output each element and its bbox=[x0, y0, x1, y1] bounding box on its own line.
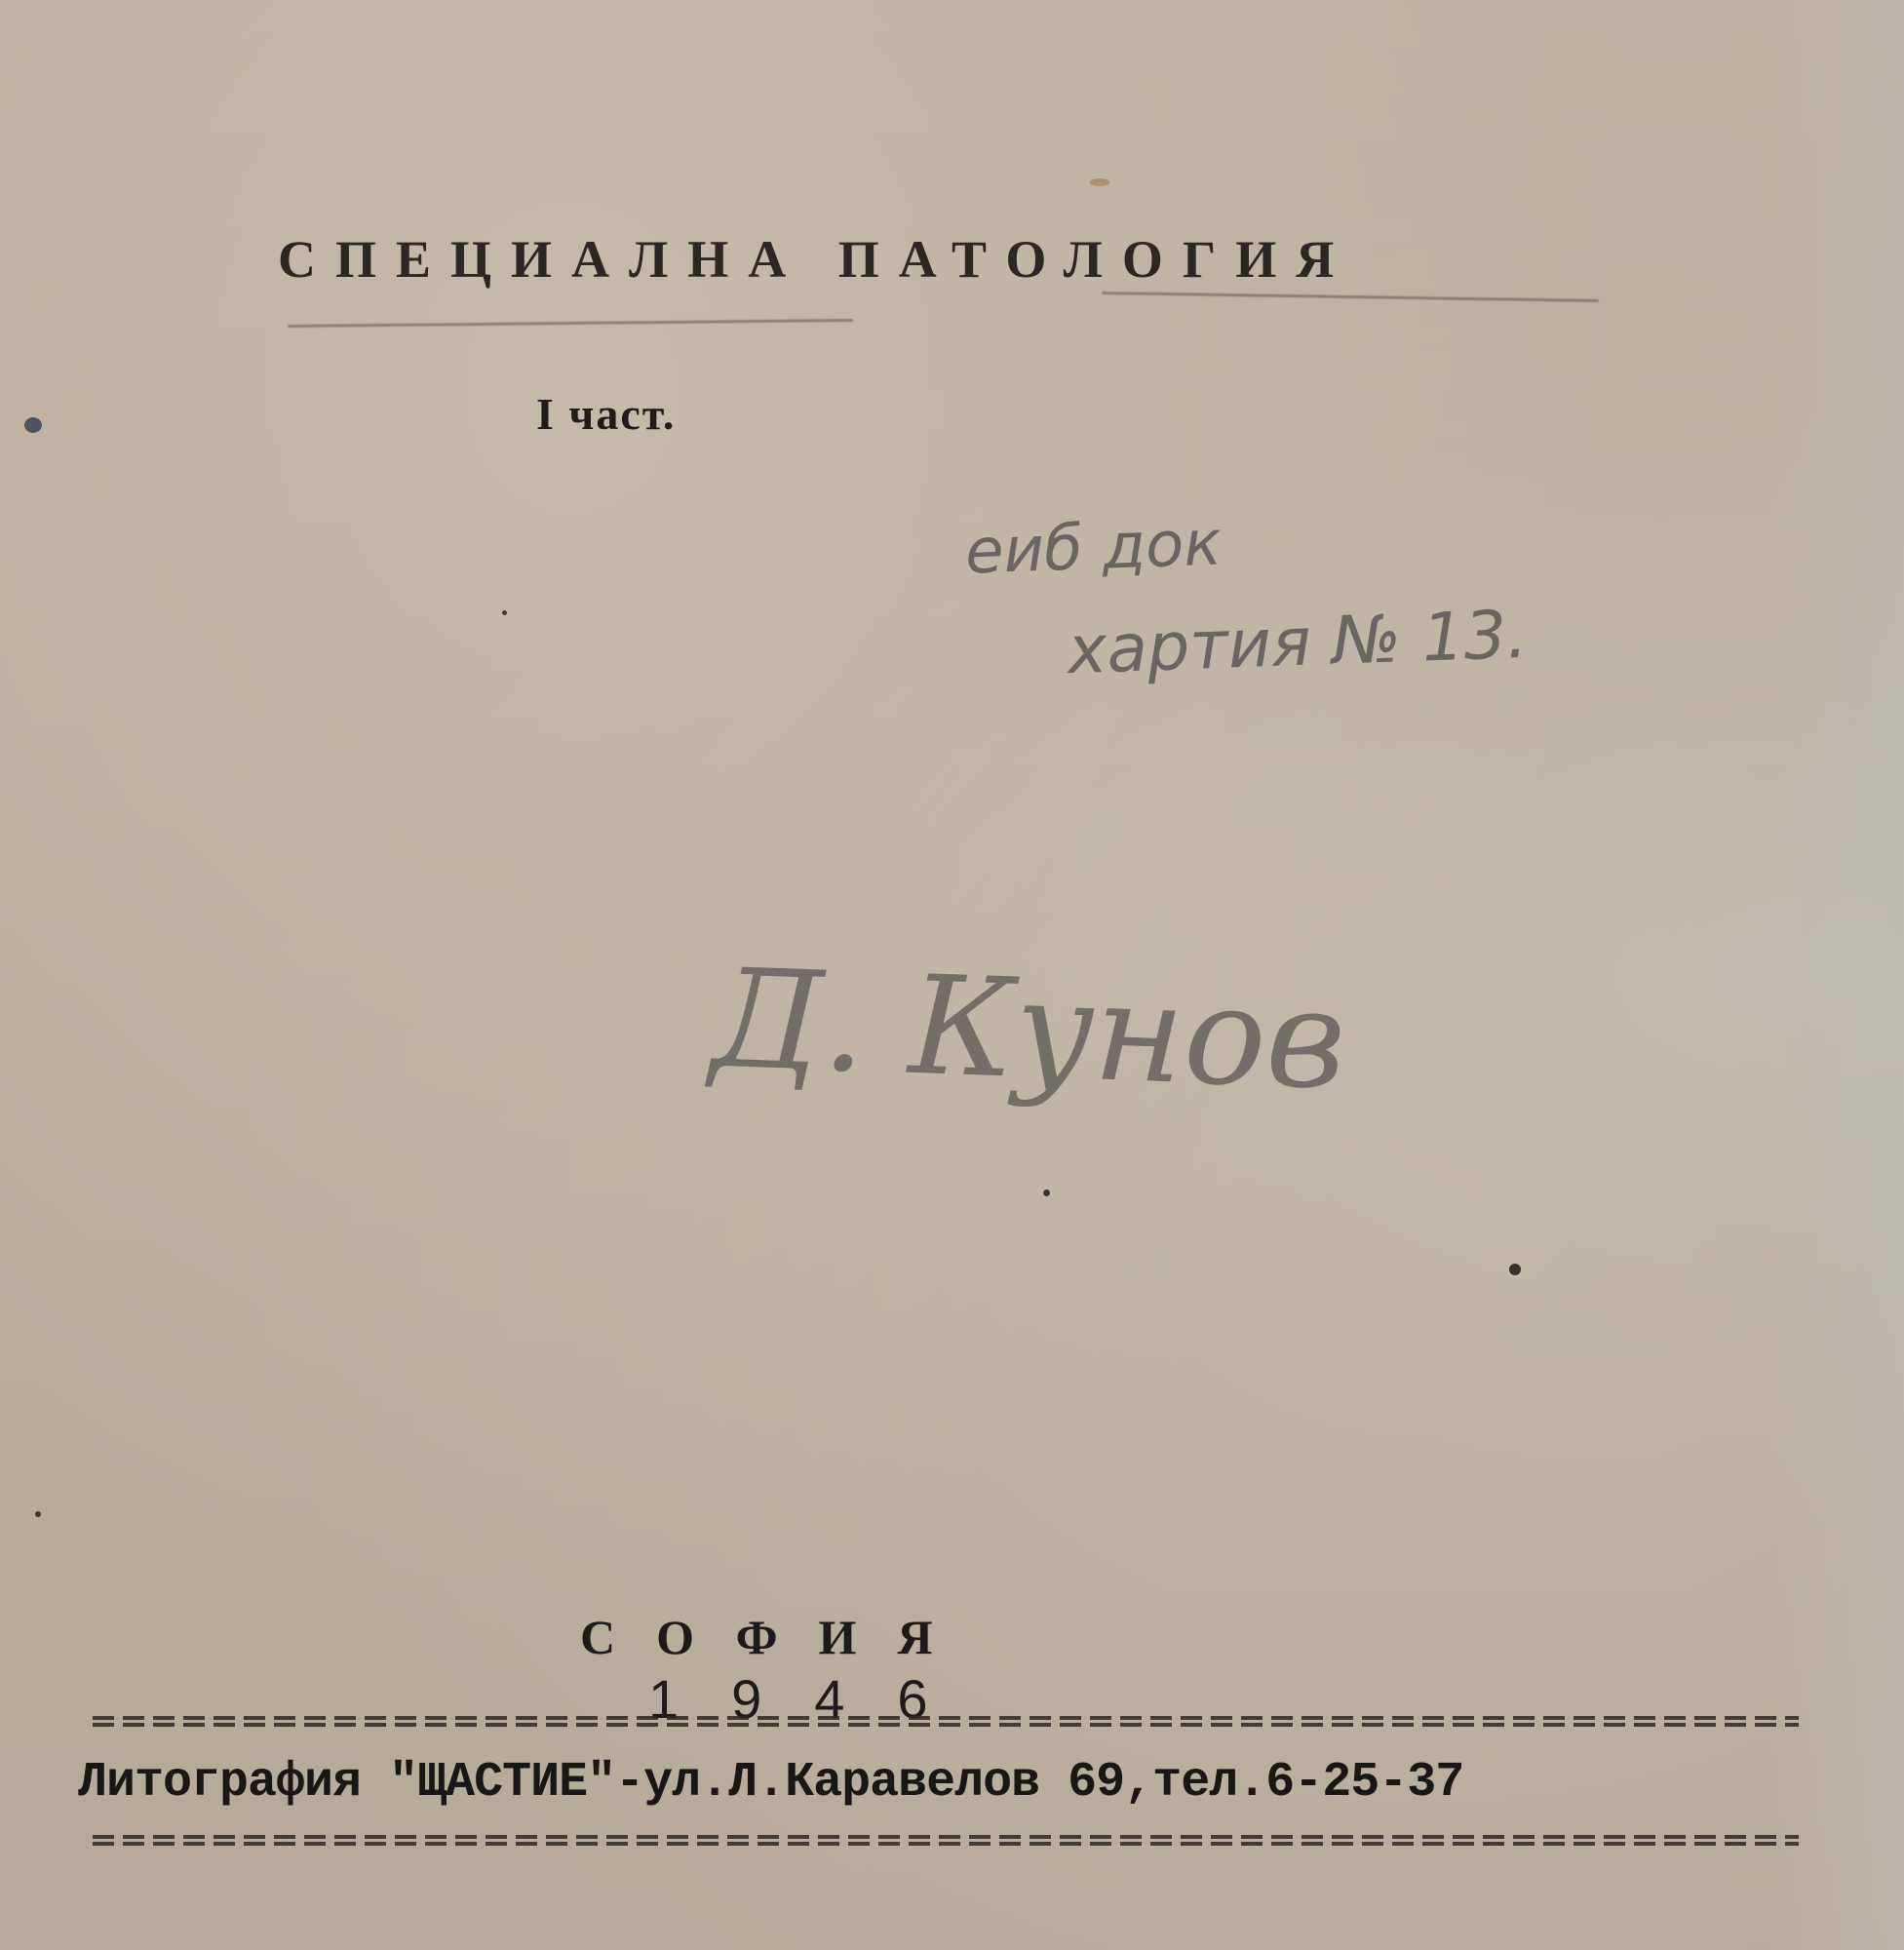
title-underline-pencil bbox=[288, 319, 853, 328]
paper-stain bbox=[1090, 178, 1109, 186]
printer-imprint: Литография "ЩАСТИЕ"-ул.Л.Каравелов 69,те… bbox=[78, 1755, 1463, 1811]
paper-edge-shading bbox=[1768, 0, 1904, 1950]
typed-divider-bottom bbox=[93, 1835, 1799, 1851]
handwritten-signature: Д. Кунов bbox=[709, 940, 1348, 1121]
handwritten-note-line-2: хартия № 13. bbox=[1067, 597, 1529, 689]
city-label: СОФИЯ bbox=[580, 1609, 974, 1665]
ink-speck bbox=[1509, 1264, 1521, 1275]
ink-speck bbox=[502, 610, 507, 615]
title-underline-pencil bbox=[1102, 292, 1599, 302]
ink-speck bbox=[35, 1511, 41, 1517]
document-title: СПЕЦИАЛНА ПАТОЛОГИЯ bbox=[278, 229, 1353, 290]
part-label: I част. bbox=[536, 388, 676, 440]
ink-speck bbox=[1043, 1189, 1050, 1196]
ink-speck bbox=[24, 417, 42, 433]
typed-divider-top bbox=[93, 1716, 1799, 1732]
handwritten-note-line-1: еиб док bbox=[964, 507, 1223, 588]
